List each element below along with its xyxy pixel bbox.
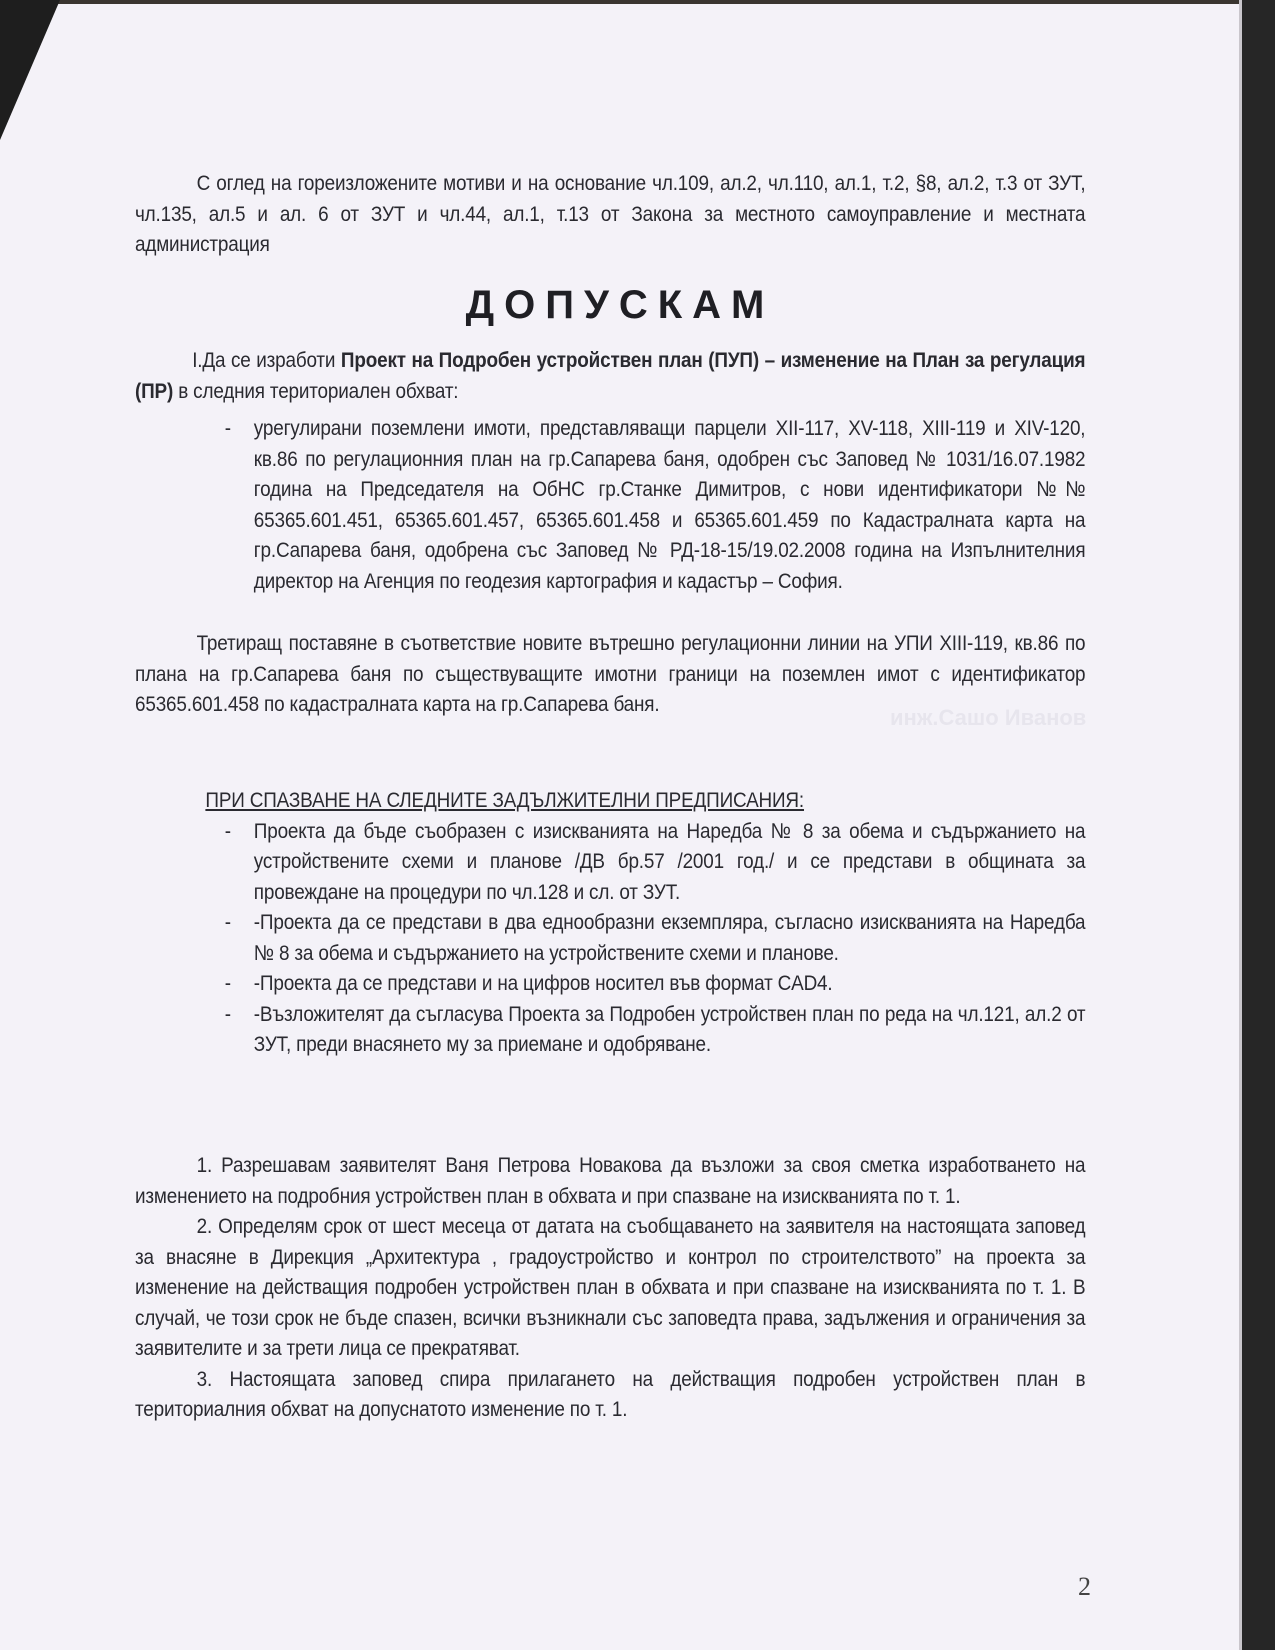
scope-list-item: - урегулирани поземлени имоти, представл… bbox=[135, 413, 1085, 596]
scan-edge-right bbox=[1239, 0, 1275, 1650]
bullet-dash: - bbox=[225, 999, 231, 1030]
numbered-points: 1. Разрешавам заявителят Ваня Петрова Но… bbox=[135, 1150, 1085, 1425]
requirement-item: - Проекта да бъде съобразен с изисквания… bbox=[135, 816, 1085, 908]
page-title: ДОПУСКАМ bbox=[0, 283, 1240, 328]
bullet-dash: - bbox=[225, 968, 231, 999]
scope-text: урегулирани поземлени имоти, представляв… bbox=[254, 416, 1086, 593]
item-i-prefix: I.Да се изработи bbox=[192, 348, 341, 372]
requirement-item: - -Възложителят да съгласува Проекта за … bbox=[135, 999, 1085, 1060]
requirement-item: - -Проекта да се представи в два еднообр… bbox=[135, 907, 1085, 968]
intro-paragraph: С оглед на гореизложените мотиви и на ос… bbox=[135, 168, 1085, 260]
page-number: 2 bbox=[1078, 1572, 1091, 1602]
scope-list: - урегулирани поземлени имоти, представл… bbox=[135, 413, 1085, 596]
point-3: 3. Настоящата заповед спира прилагането … bbox=[135, 1364, 1085, 1425]
requirements-heading: ПРИ СПАЗВАНЕ НА СЛЕДНИТЕ ЗАДЪЛЖИТЕЛНИ ПР… bbox=[135, 785, 1085, 816]
item-i-suffix: в следния териториален обхват: bbox=[173, 379, 458, 403]
point-1: 1. Разрешавам заявителят Ваня Петрова Но… bbox=[135, 1150, 1085, 1211]
requirement-text: -Проекта да се представи в два еднообраз… bbox=[254, 910, 1086, 965]
document-page: инж.Сашо Иванов С оглед на гореизложенит… bbox=[0, 0, 1240, 1650]
scan-edge-top bbox=[0, 0, 1242, 4]
point-2: 2. Определям срок от шест месеца от дата… bbox=[135, 1211, 1085, 1364]
bullet-dash: - bbox=[225, 907, 231, 938]
requirement-item: - -Проекта да се представи и на цифров н… bbox=[135, 968, 1085, 999]
item-i-paragraph: I.Да се изработи Проект на Подробен устр… bbox=[135, 345, 1085, 406]
third-party-paragraph: Третиращ поставяне в съответствие новите… bbox=[135, 628, 1085, 720]
bullet-dash: - bbox=[225, 816, 231, 847]
requirement-text: -Възложителят да съгласува Проекта за По… bbox=[254, 1002, 1086, 1057]
scan-folded-corner bbox=[0, 0, 60, 140]
requirements-section: ПРИ СПАЗВАНЕ НА СЛЕДНИТЕ ЗАДЪЛЖИТЕЛНИ ПР… bbox=[135, 785, 1085, 1060]
requirement-text: -Проекта да се представи и на цифров нос… bbox=[254, 971, 833, 995]
requirement-text: Проекта да бъде съобразен с изискванията… bbox=[254, 819, 1086, 904]
bullet-dash: - bbox=[225, 413, 231, 444]
